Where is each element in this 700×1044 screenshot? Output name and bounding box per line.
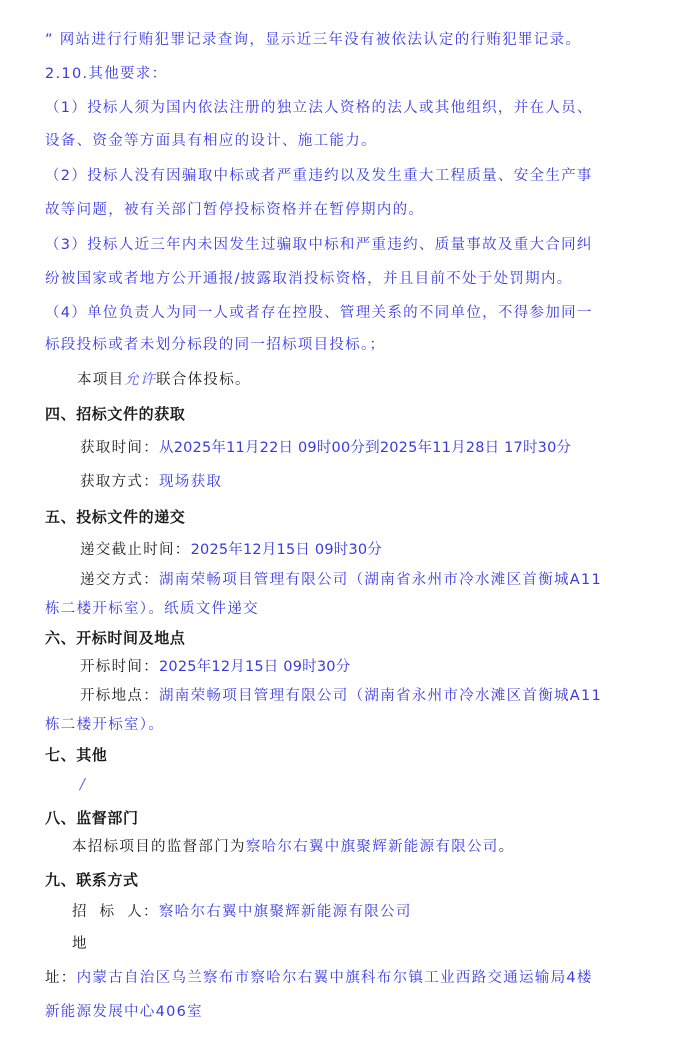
tenderer-label: 招 标 人： [72,904,159,920]
opening-time-value: 2025年12月15日 09时30分 [159,659,350,675]
requirement-4-line1: （4）单位负责人为同一人或者存在控股、管理关系的不同单位，不得参加同一 [45,303,593,323]
section-8-heading: 八、监督部门 [45,808,139,828]
other-content: / [80,775,86,795]
consortium-statement: 本项目允许联合体投标。 [77,370,251,390]
section-7-heading: 七、其他 [45,745,107,765]
address-label-part2: 址： [45,970,77,986]
section-4-heading: 四、招标文件的获取 [45,404,185,424]
opening-time-row: 开标时间：2025年12月15日 09时30分 [80,657,350,677]
submission-method-label: 递交方式： [80,572,159,588]
submission-method-value-line2: 栋二楼开标室）。纸质文件递交 [45,599,259,619]
address-value-line2: 新能源发展中心406室 [45,1002,203,1022]
opening-place-label: 开标地点： [80,688,159,704]
submission-method-value-line1: 湖南荣畅项目管理有限公司（湖南省永州市冷水滩区首衡城A11 [159,572,602,588]
requirement-2-line2: 故等问题，被有关部门暂停投标资格并在暂停期内的。 [45,200,424,220]
consortium-value: 允许 [124,372,156,388]
intro-line: ” 网站进行行贿犯罪记录查询，显示近三年没有被依法认定的行贿犯罪记录。 [45,30,581,50]
requirement-2-line1: （2）投标人没有因骗取中标或者严重违约以及发生重大工程质量、安全生产事 [45,166,593,186]
tenderer-row: 招 标 人：察哈尔右翼中旗聚辉新能源有限公司 [72,902,412,922]
section-5-heading: 五、投标文件的递交 [45,507,185,527]
consortium-prefix: 本项目 [77,372,124,388]
opening-place-value-line1: 湖南荣畅项目管理有限公司（湖南省永州市冷水滩区首衡城A11 [159,688,602,704]
submission-method-row: 递交方式：湖南荣畅项目管理有限公司（湖南省永州市冷水滩区首衡城A11 [80,570,602,590]
requirement-1-line2: 设备、资金等方面具有相应的设计、施工能力。 [45,131,377,151]
section-6-heading: 六、开标时间及地点 [45,628,185,648]
address-label-part1: 地 [72,934,88,954]
supervision-statement: 本招标项目的监督部门为察哈尔右翼中旗聚辉新能源有限公司。 [72,837,514,857]
requirement-4-line2: 标段投标或者未划分标段的同一招标项目投标。； [45,335,385,355]
section-2-10-title: 2.10.其他要求： [45,64,167,84]
opening-place-row: 开标地点：湖南荣畅项目管理有限公司（湖南省永州市冷水滩区首衡城A11 [80,686,602,706]
acquisition-time-row: 获取时间：从2025年11月22日 09时00分到2025年11月28日 17时… [80,438,571,458]
consortium-suffix: 联合体投标。 [156,372,251,388]
tenderer-value: 察哈尔右翼中旗聚辉新能源有限公司 [159,904,412,920]
supervision-value: 察哈尔右翼中旗聚辉新能源有限公司 [246,839,499,855]
supervision-prefix: 本招标项目的监督部门为 [72,839,246,855]
address-row: 址：内蒙古自治区乌兰察布市察哈尔右翼中旗科布尔镇工业西路交通运输局4楼 [45,968,593,988]
acquisition-method-row: 获取方式：现场获取 [80,472,222,492]
section-9-heading: 九、联系方式 [45,870,139,890]
submission-deadline-label: 递交截止时间： [80,542,191,558]
opening-place-value-line2: 栋二楼开标室）。 [45,715,164,735]
opening-time-label: 开标时间： [80,659,159,675]
acquisition-method-value: 现场获取 [159,474,222,490]
requirement-3-line2: 纷被国家或者地方公开通报/披露取消投标资格，并且目前不处于处罚期内。 [45,269,573,289]
requirement-3-line1: （3）投标人近三年内未因发生过骗取中标和严重违约、质量事故及重大合同纠 [45,235,593,255]
submission-deadline-row: 递交截止时间：2025年12月15日 09时30分 [80,540,382,560]
acquisition-time-label: 获取时间： [80,440,159,456]
acquisition-time-value: 从2025年11月22日 09时00分到2025年11月28日 17时30分 [159,440,571,456]
acquisition-method-label: 获取方式： [80,474,159,490]
supervision-suffix: 。 [499,839,515,855]
requirement-1-line1: （1）投标人须为国内依法注册的独立法人资格的法人或其他组织，并在人员、 [45,98,593,118]
submission-deadline-value: 2025年12月15日 09时30分 [191,542,382,558]
address-value-line1: 内蒙古自治区乌兰察布市察哈尔右翼中旗科布尔镇工业西路交通运输局4楼 [77,970,593,986]
